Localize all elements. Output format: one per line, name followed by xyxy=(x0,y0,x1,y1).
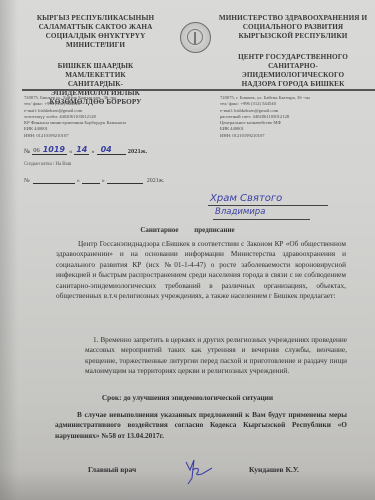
ref-quote-open: « xyxy=(69,148,72,155)
deadline-text: Срок: до улучшения эпидемиологической си… xyxy=(0,393,375,402)
reply-day-blank xyxy=(82,176,100,184)
header-russian: МИНИСТЕРСТВО ЗДРАВООХРАНЕНИЯ И СОЦИАЛЬНО… xyxy=(218,14,368,89)
title-word-2: предписание xyxy=(194,226,234,234)
header-kg-ministry-3: СОЦИАЛДЫК ӨНҮКТҮРҮҮ xyxy=(28,32,163,41)
state-emblem-icon xyxy=(180,22,211,53)
header-kg-ministry-1: КЫРГЫЗ РЕСПУБЛИКАСЫНЫН xyxy=(28,14,163,23)
reply-number-blank xyxy=(33,176,75,184)
address-ru-line: ИНН: 01210199210107 xyxy=(220,133,370,139)
reply-quote-open: « xyxy=(77,178,80,184)
reply-reference-line: № « » 2021ж. xyxy=(24,176,164,184)
header-ru-center-2: САНИТАРНО-ЭПИДЕМИОЛОГИЧЕСКОГО xyxy=(218,62,368,80)
order-item-number: 1. xyxy=(93,335,98,344)
order-item-text: Временно запретить в церквях и других ре… xyxy=(85,335,347,375)
ref-number-handwritten: 1019 xyxy=(41,145,67,155)
page-edge-shadow xyxy=(0,0,18,500)
header-divider xyxy=(22,89,375,91)
header-ru-center-3: НАДЗОРА ГОРОДА БИШКЕК xyxy=(218,80,368,89)
address-kg-line: ИНН: 01210199210107 xyxy=(24,133,174,139)
address-kyrgyz: 720075, Бишкек ш., Байтик Баатыр көч., 3… xyxy=(24,95,174,139)
addressee-line-1: Храм Святого xyxy=(208,192,328,206)
order-item-1: 1. Временно запретить в церквях и других… xyxy=(85,335,347,377)
reference-number-line: № 06 1019 « 14 » 04 2021ж. xyxy=(24,145,147,155)
paragraph-warning: В случае невыполнения указанных предложе… xyxy=(55,410,347,441)
title-word-1: Санитарное xyxy=(140,226,178,234)
document-page: КЫРГЫЗ РЕСПУБЛИКАСЫНЫН САЛАМАТТЫК САКТОО… xyxy=(0,0,375,500)
document-title: Санитарное предписание xyxy=(0,226,375,234)
paragraph-intro: Центр Госсанэпиднадзора г.Бишкек в соотв… xyxy=(56,239,346,301)
addressee-handwritten: Храм Святого Владимира xyxy=(208,192,328,220)
page-bottom-shadow xyxy=(0,470,375,500)
reply-month-blank xyxy=(107,176,143,184)
ref-day-handwritten: 14 xyxy=(74,145,89,155)
reply-no-label: № xyxy=(24,178,30,184)
header-kg-center-1: БИШКЕК ШААРДЫК МАМЛЕКЕТТИК xyxy=(28,62,163,80)
ref-month-handwritten: 04 xyxy=(97,145,126,155)
reply-year: 2021ж. xyxy=(147,178,165,184)
ref-year: 2021ж. xyxy=(128,148,147,155)
header-kg-ministry-2: САЛАМАТТЫК САКТОО ЖАНА xyxy=(28,23,163,32)
header-ru-ministry-1: МИНИСТЕРСТВО ЗДРАВООХРАНЕНИЯ И xyxy=(218,14,368,23)
addressee-line-2: Владимира xyxy=(213,206,310,220)
header-ru-ministry-3: КЫРГЫЗСКОЙ РЕСПУБЛИКИ xyxy=(218,32,368,41)
reply-quote-close: » xyxy=(102,178,105,184)
header-ru-ministry-2: СОЦИАЛЬНОГО РАЗВИТИЯ xyxy=(218,23,368,32)
header-ru-center-1: ЦЕНТР ГОСУДАРСТВЕННОГО xyxy=(218,53,368,62)
reply-label: Сиздын катка / На Ваш xyxy=(24,162,71,167)
header-kyrgyz: КЫРГЫЗ РЕСПУБЛИКАСЫНЫН САЛАМАТТЫК САКТОО… xyxy=(28,14,163,107)
ref-no-label: № xyxy=(24,148,30,155)
header-kg-ministry-4: МИНИСТРЛИГИ xyxy=(28,41,163,50)
ref-number-prefix: 06 xyxy=(32,147,41,155)
ref-quote-close: » xyxy=(91,148,94,155)
address-russian: 720075, г. Бишкек, ул. Байтик Баатыра, 3… xyxy=(220,95,370,139)
